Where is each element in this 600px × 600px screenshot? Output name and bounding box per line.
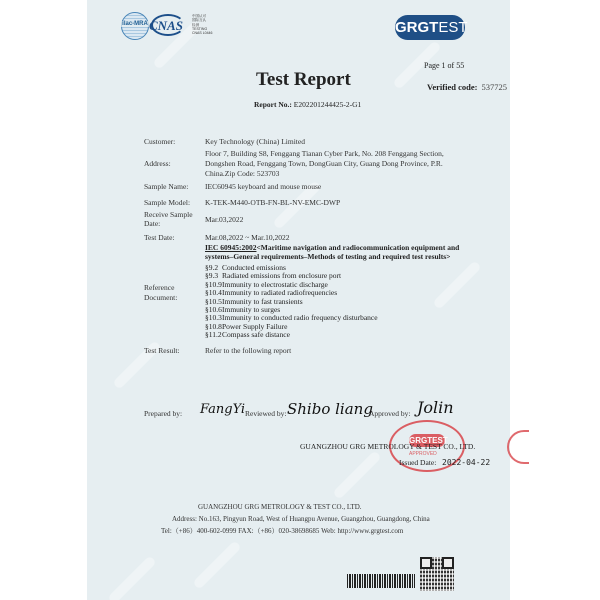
clause-text: Compass safe distance bbox=[222, 330, 290, 339]
address-line: Floor 7, Building S8, Fenggang Tianan Cy… bbox=[205, 149, 444, 158]
reviewed-by-label: Reviewed by: bbox=[245, 409, 286, 418]
reviewed-signature: Shibo liang bbox=[287, 400, 373, 418]
page-number: Page 1 of 55 bbox=[424, 61, 464, 70]
qr-code bbox=[420, 557, 454, 591]
company-name: GUANGZHOU GRG METROLOGY & TEST CO., LTD. bbox=[300, 442, 475, 451]
prepared-by-label: Prepared by: bbox=[144, 409, 182, 418]
test-date-value: Mar.08,2022 ~ Mar.10,2022 bbox=[205, 233, 289, 242]
sample-model-value: K-TEK-M440-OTB-FN-BL-NV-EMC-DWP bbox=[205, 198, 340, 207]
test-result-value: Refer to the following report bbox=[205, 346, 291, 355]
footer-company: GUANGZHOU GRG METROLOGY & TEST CO., LTD. bbox=[198, 503, 362, 511]
sample-name-value: IEC60945 keyboard and mouse mouse bbox=[205, 182, 321, 191]
watermark bbox=[192, 540, 241, 589]
sample-model-label: Sample Model: bbox=[144, 198, 190, 207]
test-date-label: Test Date: bbox=[144, 233, 175, 242]
report-title: Test Report bbox=[256, 69, 351, 91]
address-label: Address: bbox=[144, 159, 171, 168]
footer-address: Address: No.163, Pingyun Road, West of H… bbox=[172, 515, 430, 523]
clause-item: §11.2Compass safe distance bbox=[205, 330, 290, 339]
barcode bbox=[347, 574, 415, 588]
reference-label: Document: bbox=[144, 293, 177, 302]
report-page: ilac-MRA CNAS 中国认可 国际互认 检测 TESTING CNAS … bbox=[87, 0, 510, 600]
edge-stamp-fragment bbox=[507, 430, 529, 464]
grgtest-logo: GRGTEST bbox=[395, 15, 465, 40]
receive-date-label: Date: bbox=[144, 219, 160, 228]
approved-signature: Jolin bbox=[417, 398, 454, 417]
cnas-accreditation-info: 中国认可 国际互认 检测 TESTING CNAS L0446 bbox=[192, 14, 212, 35]
watermark bbox=[107, 555, 156, 600]
clause-number: §11.2 bbox=[205, 330, 222, 339]
approved-by-label: Approved by: bbox=[369, 409, 410, 418]
reference-label: Reference bbox=[144, 283, 174, 292]
test-result-label: Test Result: bbox=[144, 346, 180, 355]
ilac-mra-logo: ilac-MRA bbox=[121, 12, 149, 40]
report-number: Report No.: E202201244425-2-G1 bbox=[254, 100, 361, 109]
footer-contact: Tel:（+86）400-602-0999 FAX:（+86）020-38698… bbox=[161, 526, 403, 536]
address-line: China.Zip Code: 523703 bbox=[205, 169, 279, 178]
receive-date-label: Receive Sample bbox=[144, 210, 193, 219]
customer-value: Key Technology (China) Limited bbox=[205, 137, 305, 146]
prepared-signature: FangYi bbox=[200, 402, 245, 417]
reference-standard: IEC 60945:2002<Maritime navigation and r… bbox=[205, 243, 465, 261]
issued-date-label: Issued Date: bbox=[399, 458, 436, 467]
cnas-logo: CNAS bbox=[149, 14, 189, 36]
verified-code: Verified code:537725 bbox=[427, 82, 507, 92]
watermark bbox=[432, 260, 481, 309]
address-line: Dongshen Road, Fenggang Town, DongGuan C… bbox=[205, 159, 443, 168]
receive-date-value: Mar.03,2022 bbox=[205, 215, 243, 224]
customer-label: Customer: bbox=[144, 137, 175, 146]
sample-name-label: Sample Name: bbox=[144, 182, 188, 191]
watermark bbox=[332, 450, 381, 499]
issued-date-value: 2022-04-22 bbox=[442, 458, 490, 467]
